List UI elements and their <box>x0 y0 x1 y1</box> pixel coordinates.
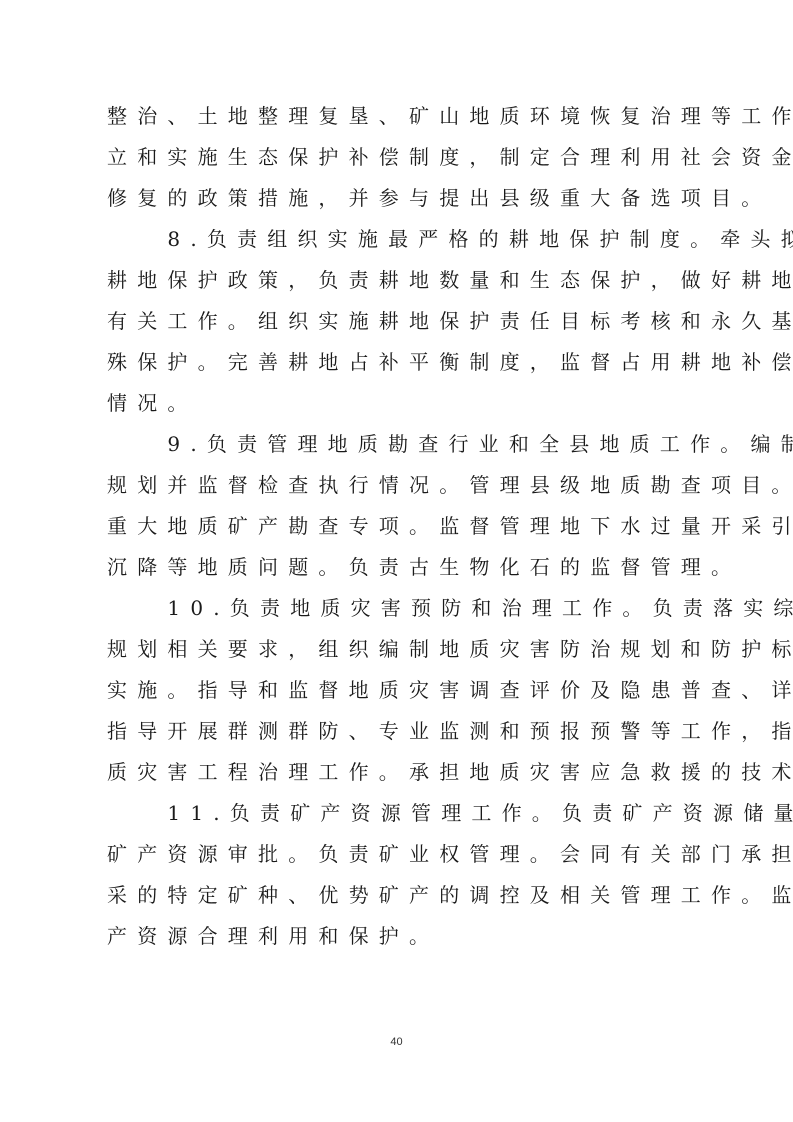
text-line: 耕地保护政策，负责耕地数量和生态保护，做好耕地质量保护 <box>107 260 707 301</box>
paragraph-continued: 整治、土地整理复垦、矿山地质环境恢复治理等工作。牵头建 立和实施生态保护补偿制度… <box>107 96 707 219</box>
text-line: 实施。指导和监督地质灾害调查评价及隐患普查、详查、排查。 <box>107 670 707 711</box>
text-line: 10.负责地质灾害预防和治理工作。负责落实综合防灾减灾 <box>107 588 707 629</box>
text-line: 重大地质矿产勘查专项。监督管理地下水过量开采引发的地面 <box>107 506 707 547</box>
body-text: 整治、土地整理复垦、矿山地质环境恢复治理等工作。牵头建 立和实施生态保护补偿制度… <box>107 96 707 957</box>
text-line: 8.负责组织实施最严格的耕地保护制度。牵头拟订并实施 <box>107 219 707 260</box>
text-line: 立和实施生态保护补偿制度，制定合理利用社会资金进行生态 <box>107 137 707 178</box>
text-line: 情况。 <box>107 383 707 424</box>
paragraph-item-11: 11.负责矿产资源管理工作。负责矿产资源储量管理及压覆 矿产资源审批。负责矿业权… <box>107 793 707 957</box>
text-line: 规划并监督检查执行情况。管理县级地质勘查项目。组织实施 <box>107 465 707 506</box>
text-line: 修复的政策措施，并参与提出县级重大备选项目。 <box>107 178 707 219</box>
text-line: 采的特定矿种、优势矿产的调控及相关管理工作。监督指导矿 <box>107 875 707 916</box>
text-line: 矿产资源审批。负责矿业权管理。会同有关部门承担保护性开 <box>107 834 707 875</box>
text-line: 殊保护。完善耕地占补平衡制度，监督占用耕地补偿制度执行 <box>107 342 707 383</box>
text-line: 11.负责矿产资源管理工作。负责矿产资源储量管理及压覆 <box>107 793 707 834</box>
text-line: 规划相关要求，组织编制地质灾害防治规划和防护标准并指导 <box>107 629 707 670</box>
paragraph-item-8: 8.负责组织实施最严格的耕地保护制度。牵头拟订并实施 耕地保护政策，负责耕地数量… <box>107 219 707 424</box>
document-page: 整治、土地整理复垦、矿山地质环境恢复治理等工作。牵头建 立和实施生态保护补偿制度… <box>0 0 793 1122</box>
text-line: 质灾害工程治理工作。承担地质灾害应急救援的技术支撑工作。 <box>107 752 707 793</box>
text-line: 有关工作。组织实施耕地保护责任目标考核和永久基本农田特 <box>107 301 707 342</box>
text-line: 整治、土地整理复垦、矿山地质环境恢复治理等工作。牵头建 <box>107 96 707 137</box>
page-number: 40 <box>0 1036 793 1048</box>
text-line: 沉降等地质问题。负责古生物化石的监督管理。 <box>107 547 707 588</box>
text-line: 产资源合理利用和保护。 <box>107 916 707 957</box>
paragraph-item-10: 10.负责地质灾害预防和治理工作。负责落实综合防灾减灾 规划相关要求，组织编制地… <box>107 588 707 793</box>
text-line: 9.负责管理地质勘查行业和全县地质工作。编制地质勘查 <box>107 424 707 465</box>
text-line: 指导开展群测群防、专业监测和预报预警等工作，指导开展地 <box>107 711 707 752</box>
paragraph-item-9: 9.负责管理地质勘查行业和全县地质工作。编制地质勘查 规划并监督检查执行情况。管… <box>107 424 707 588</box>
